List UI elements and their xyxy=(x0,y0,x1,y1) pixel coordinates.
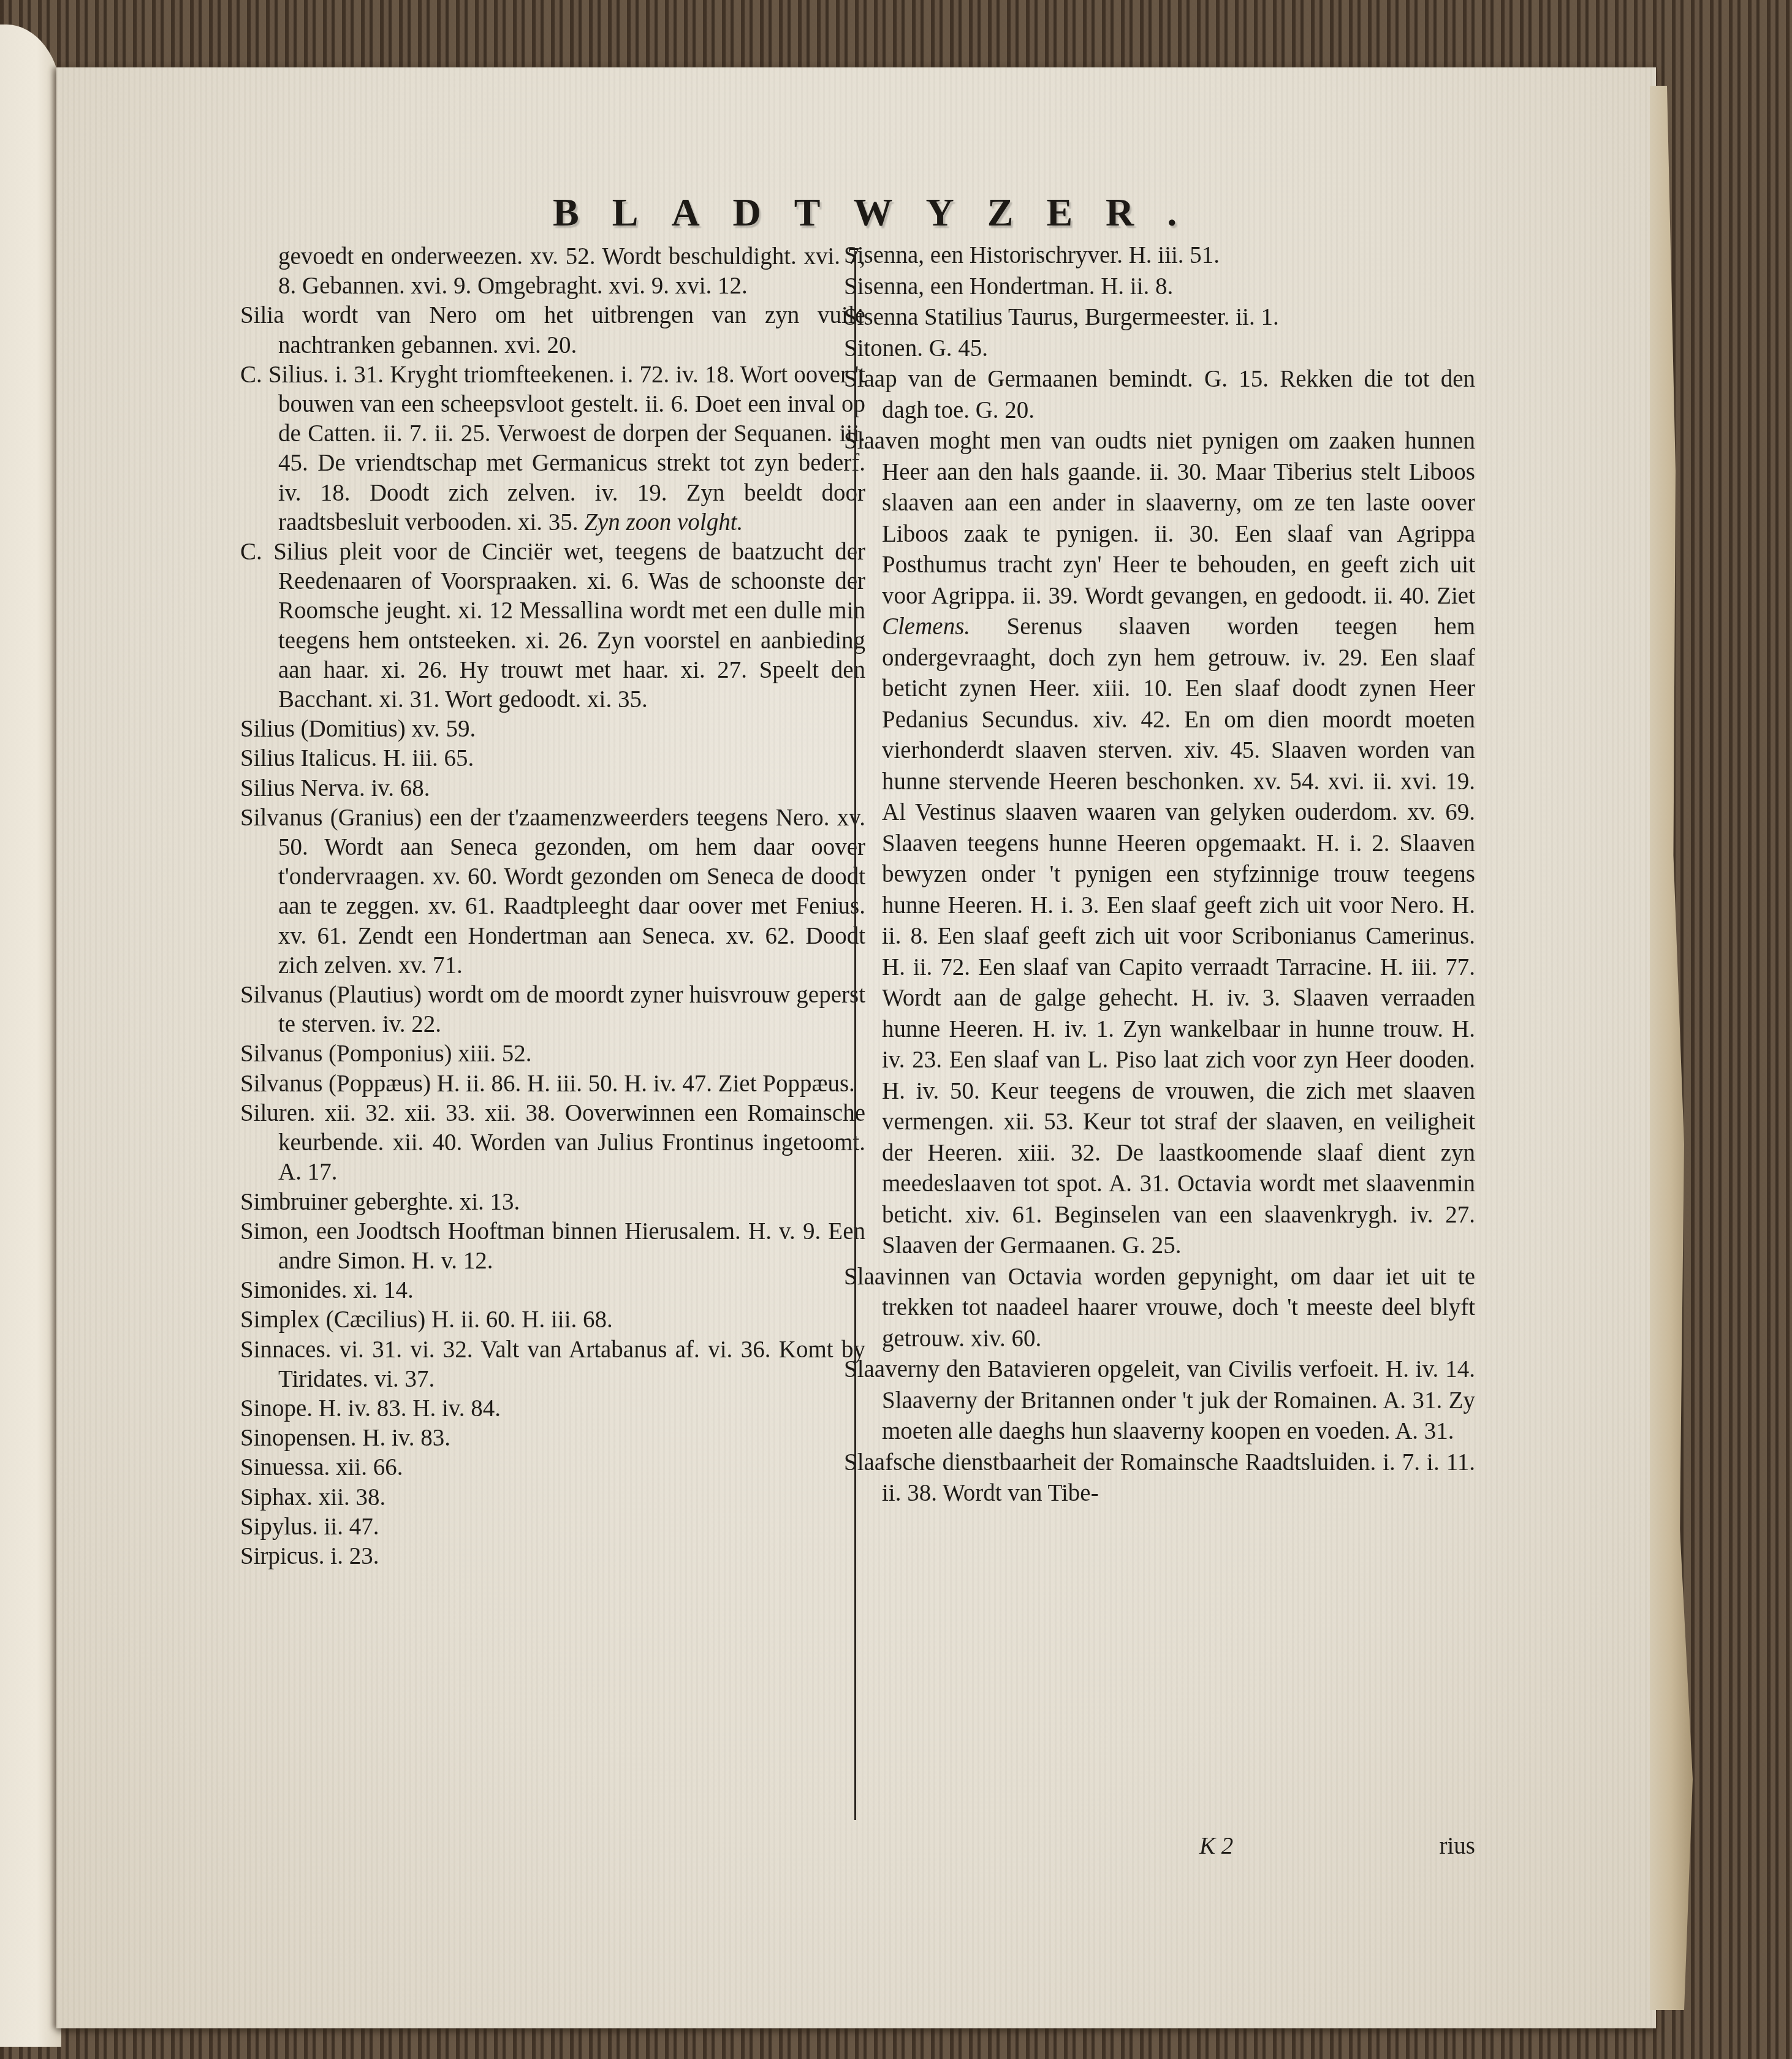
index-entry: Simon, een Joodtsch Hooftman binnen Hier… xyxy=(240,1217,865,1276)
index-entry: Siphax. xii. 38. xyxy=(240,1483,865,1512)
index-entry: Sisenna Statilius Taurus, Burgermeester.… xyxy=(844,302,1475,333)
index-entry: Silvanus (Plautius) wordt om de moordt z… xyxy=(240,980,865,1039)
index-entry: Sisenna, een Hondertman. H. ii. 8. xyxy=(844,271,1475,303)
index-entry: Sirpicus. i. 23. xyxy=(240,1542,865,1571)
catchword: rius xyxy=(1440,1832,1476,1860)
torn-page-edge xyxy=(1650,86,1693,2010)
index-entry: Silvanus (Granius) een der t'zaamenzweer… xyxy=(240,803,865,980)
index-entry: Silvanus (Poppæus) H. ii. 86. H. iii. 50… xyxy=(240,1069,865,1099)
index-entry: Silia wordt van Nero om het uitbrengen v… xyxy=(240,301,865,360)
index-entry: Sinnaces. vi. 31. vi. 32. Valt van Artab… xyxy=(240,1335,865,1394)
index-entry: Silius Italicus. H. iii. 65. xyxy=(240,744,865,773)
index-column-left: gevoedt en onderweezen. xv. 52. Wordt be… xyxy=(240,242,865,1571)
signature-mark: K 2 xyxy=(1199,1832,1233,1860)
index-entry: Slaavinnen van Octavia worden gepynight,… xyxy=(844,1262,1475,1355)
index-column-right: Sisenna, een Historischryver. H. iii. 51… xyxy=(844,240,1475,1509)
index-entry: Slaap van de Germaanen bemindt. G. 15. R… xyxy=(844,364,1475,426)
index-entry: Sinuessa. xii. 66. xyxy=(240,1453,865,1482)
index-entry: Simbruiner geberghte. xi. 13. xyxy=(240,1188,865,1217)
index-entry: Slaafsche dienstbaarheit der Romainsche … xyxy=(844,1447,1475,1509)
index-entry: Siluren. xii. 32. xii. 33. xii. 38. Oove… xyxy=(240,1099,865,1188)
index-entry: Slaaverny den Batavieren opgeleit, van C… xyxy=(844,1354,1475,1447)
facing-page-edge xyxy=(0,25,61,2047)
index-entry: Sinope. H. iv. 83. H. iv. 84. xyxy=(240,1394,865,1424)
index-entry: Silius Nerva. iv. 68. xyxy=(240,774,865,803)
index-entry: C. Silius. i. 31. Kryght triomfteekenen.… xyxy=(240,360,865,537)
index-entry: Sipylus. ii. 47. xyxy=(240,1512,865,1542)
index-entry: C. Silius pleit voor de Cinciër wet, tee… xyxy=(240,537,865,715)
index-entry: Simplex (Cæcilius) H. ii. 60. H. iii. 68… xyxy=(240,1305,865,1335)
index-entry: Sisenna, een Historischryver. H. iii. 51… xyxy=(844,240,1475,271)
index-entry: gevoedt en onderweezen. xv. 52. Wordt be… xyxy=(240,242,865,301)
index-entry: Slaaven moght men van oudts niet pynigen… xyxy=(844,426,1475,1262)
index-entry: Silvanus (Pomponius) xiii. 52. xyxy=(240,1039,865,1069)
index-entry: Sitonen. G. 45. xyxy=(844,333,1475,365)
index-entry: Sinopensen. H. iv. 83. xyxy=(240,1424,865,1453)
book-page: BLADTWYZER. gevoedt en onderweezen. xv. … xyxy=(56,67,1656,2028)
index-entry: Silius (Domitius) xv. 59. xyxy=(240,715,865,744)
index-entry: Simonides. xi. 14. xyxy=(240,1276,865,1305)
page-heading: BLADTWYZER. xyxy=(553,190,1227,235)
